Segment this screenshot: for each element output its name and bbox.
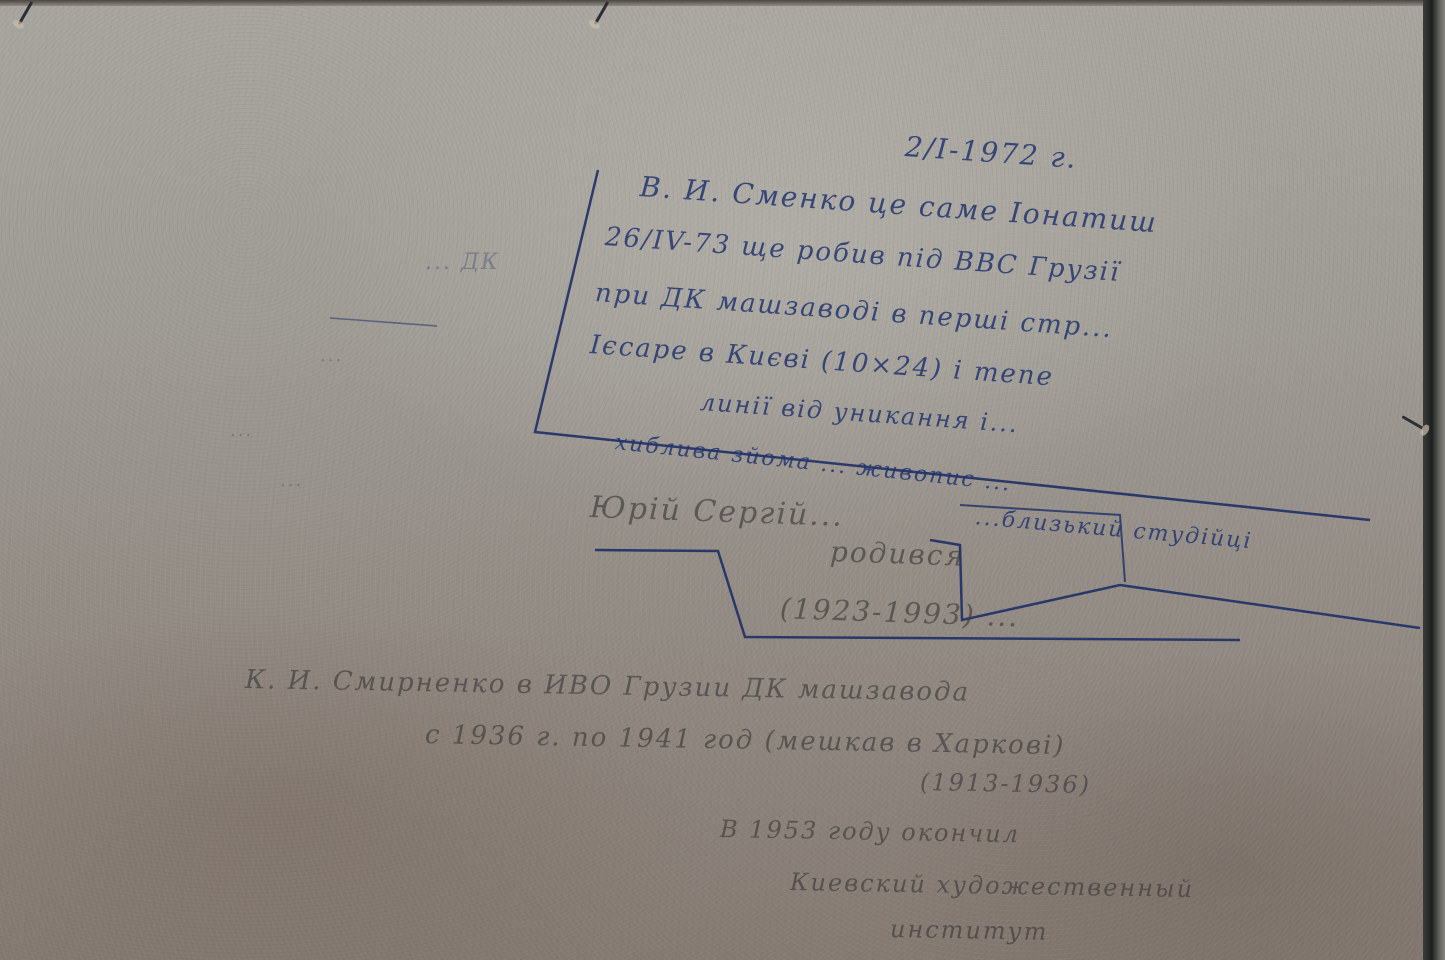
- pencil-line: В 1953 году окончил: [720, 815, 1020, 848]
- pencil-line: институт: [890, 915, 1049, 946]
- margin-note: ...: [230, 420, 253, 441]
- pencil-line: родився: [829, 535, 965, 573]
- margin-note: ...: [280, 470, 303, 491]
- pencil-line: (1913-1936): [920, 768, 1091, 799]
- margin-note: ... ДК: [425, 250, 500, 275]
- painting-board-back: 2/I-1972 г. В. И. Сменко це саме Іонатиш…: [0, 0, 1445, 960]
- margin-note: ...: [320, 345, 343, 366]
